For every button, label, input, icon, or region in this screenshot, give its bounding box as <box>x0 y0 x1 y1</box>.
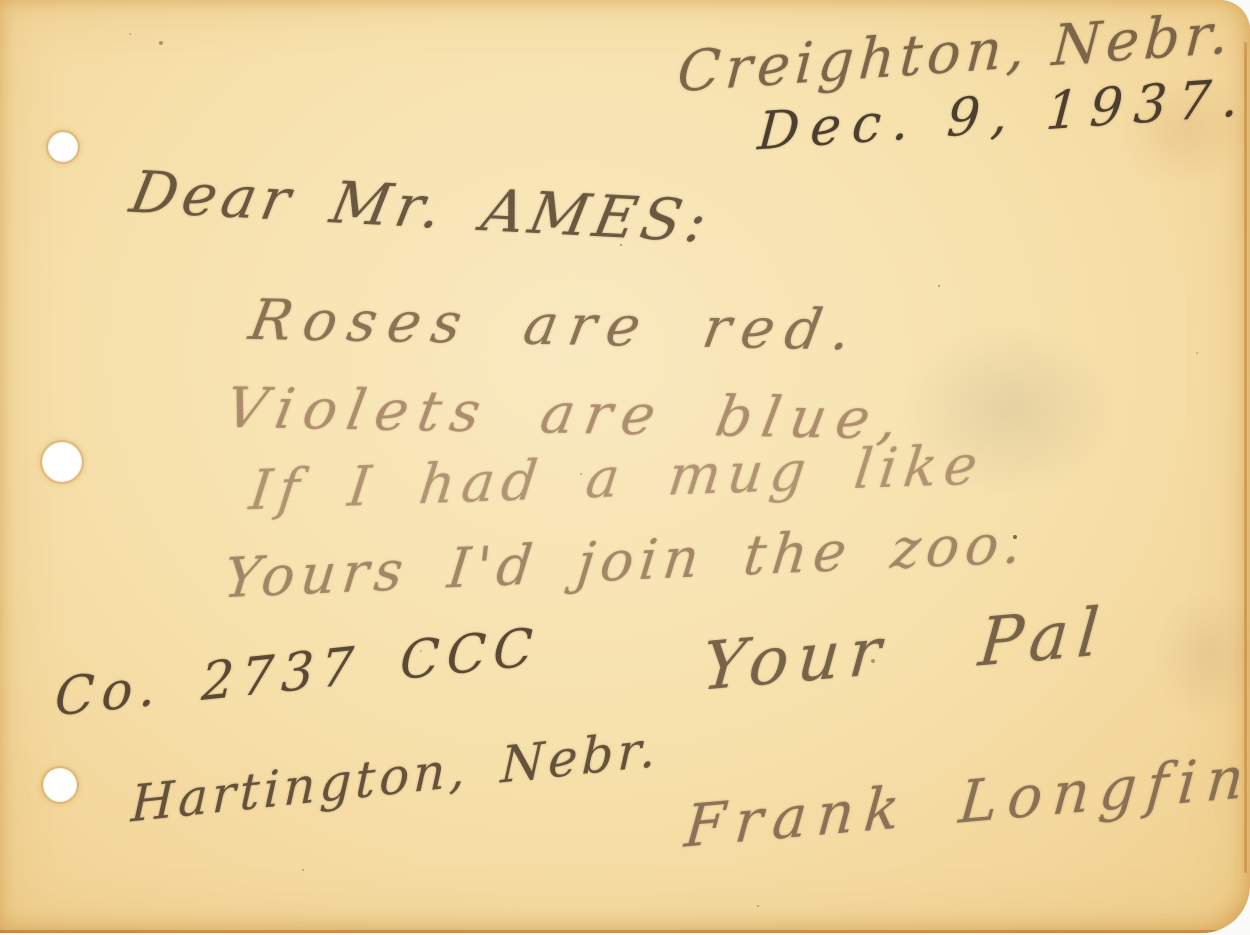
dateline-date: Dec. 9, 1937. <box>756 68 1250 163</box>
dust-speckles <box>0 0 2 2</box>
punch-hole-bottom <box>43 768 77 802</box>
closing-phrase: Your Pal <box>699 593 1111 706</box>
punch-hole-middle <box>42 442 82 482</box>
pencil-smudge <box>1150 590 1250 720</box>
dateline-place: Creighton, Nebr. <box>675 1 1235 105</box>
poem-line-2: Violets are blue, <box>221 376 913 453</box>
sender-unit: Co. 2737 CCC <box>54 617 541 729</box>
sender-place: Hartington, Nebr. <box>130 719 661 833</box>
punch-hole-top <box>48 132 78 162</box>
page-right-edge <box>1244 42 1247 873</box>
album-paper-page: Creighton, Nebr. Dec. 9, 1937. Dear Mr. … <box>0 0 1250 933</box>
scanned-page-stage: Creighton, Nebr. Dec. 9, 1937. Dear Mr. … <box>0 0 1250 935</box>
signature: Frank Longfino <box>682 738 1250 860</box>
poem-line-4: Yours I'd join the zoo. <box>221 511 1031 610</box>
page-bottom-edge <box>0 930 1222 933</box>
poem-line-3: If I had a mug like <box>246 432 988 522</box>
age-stain <box>1120 70 1250 190</box>
salutation: Dear Mr. AMES: <box>125 158 717 256</box>
smudge-stain <box>900 320 1120 500</box>
poem-line-1: Roses are red. <box>245 288 867 363</box>
